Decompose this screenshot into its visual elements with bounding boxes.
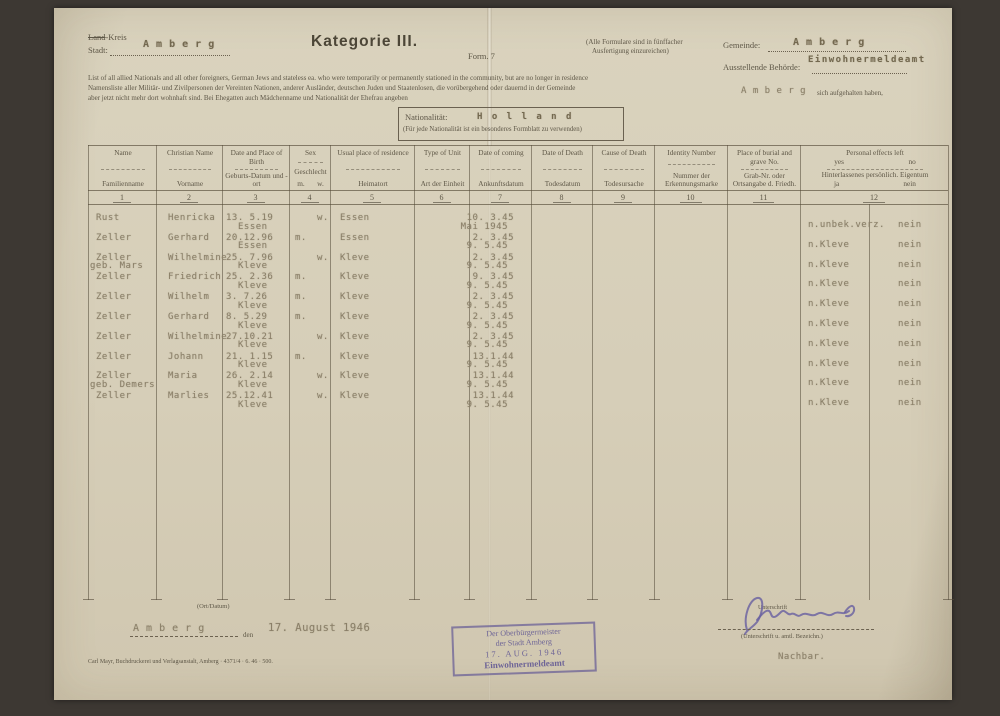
cell-effects: n.Kleve: [808, 279, 849, 289]
copies-notice-line1: (Alle Formulare sind in fünffacher: [586, 38, 683, 46]
cell-residence: Kleve: [340, 371, 370, 381]
cell-birth-place: Essen: [238, 222, 268, 232]
nationality-value: H o l l a n d: [477, 112, 573, 122]
column-header: Identity NumberNummer der Erkennungsmark…: [655, 146, 728, 191]
cell-effects-no: nein: [898, 319, 922, 329]
cell-sex-m: m.: [295, 352, 307, 362]
column-number: 9: [592, 193, 654, 202]
column-header: Date of comingAnkunftsdatum: [470, 146, 532, 191]
cell-residence: Kleve: [340, 391, 370, 401]
column-header-en: Date of Death: [542, 149, 583, 158]
page-title: Kategorie III.: [311, 33, 418, 51]
column-header-en: Cause of Death: [602, 149, 647, 158]
nationality-note: (Für jede Nationalität ist ein besondere…: [403, 126, 582, 133]
table-line-foot: [409, 599, 420, 600]
column-header-en: Date and Place of Birth: [224, 149, 289, 167]
cell-birth-place: Kleve: [238, 380, 268, 390]
column-header-sub-de: m.w.: [291, 180, 330, 189]
footer-date-value: 17. August 1946: [268, 622, 370, 634]
cell-effects-no: nein: [898, 339, 922, 349]
column-header: Type of UnitArt der Einheit: [415, 146, 470, 191]
den-label: den: [243, 631, 253, 639]
column-header-de: Geburts-Datum und -ort: [224, 172, 289, 190]
cell-sex-w: w.: [317, 213, 329, 223]
gemeinde-label: Gemeinde:: [723, 40, 760, 50]
cell-departure-date: 9. 5.45: [452, 360, 508, 370]
cell-effects-no: nein: [898, 299, 922, 309]
cell-surname2: geb. Demers: [90, 380, 155, 390]
cell-surname: Zeller: [96, 272, 132, 282]
cell-effects-no: nein: [898, 359, 922, 369]
cell-birth-place: Kleve: [238, 360, 268, 370]
column-number: 4: [289, 193, 330, 202]
cell-effects: n.Kleve: [808, 260, 849, 270]
cell-departure-date: 9. 5.45: [452, 301, 508, 311]
table-line-foot: [526, 599, 537, 600]
column-header-de: Geschlecht: [294, 168, 326, 177]
header-divider: [604, 169, 644, 170]
cell-surname: Zeller: [96, 391, 132, 401]
cell-effects-no: nein: [898, 240, 922, 250]
behoerde-label: Ausstellende Behörde:: [723, 62, 800, 72]
cell-departure-date: 9. 5.45: [452, 261, 508, 271]
stadt-fill-line: [110, 54, 230, 56]
cell-residence: Kleve: [340, 272, 370, 282]
header-divider: [668, 164, 715, 165]
effects-subcolumn-line: [869, 204, 870, 600]
cell-effects: n.Kleve: [808, 378, 849, 388]
column-header-en: Identity Number: [667, 149, 715, 158]
cell-effects: n.Kleve: [808, 319, 849, 329]
gemeinde-inline-value: A m b e r g: [741, 86, 806, 96]
cell-birth-place: Kleve: [238, 261, 268, 271]
table-line-foot: [722, 599, 733, 600]
column-header: Christian NameVorname: [157, 146, 223, 191]
table-column-line: [289, 145, 290, 600]
form-number: Form. 7: [468, 51, 495, 61]
cell-residence: Kleve: [340, 352, 370, 362]
cell-surname2: geb. Mars: [90, 261, 143, 271]
table-line-foot: [587, 599, 598, 600]
column-header-sub-en: yesno: [802, 158, 948, 167]
cell-birth-place: Kleve: [238, 321, 268, 331]
copies-notice-line2: Ausfertigung einzureichen): [592, 47, 669, 55]
column-header-de: Ankunftsdatum: [478, 180, 523, 189]
column-number: 7: [469, 193, 531, 202]
cell-departure-date: 9. 5.45: [452, 340, 508, 350]
cell-surname: Zeller: [96, 233, 132, 243]
table-line-foot: [83, 599, 94, 600]
cell-effects: n.Kleve: [808, 398, 849, 408]
column-header-de: Grab-Nr. oder Ortsangabe d. Friedh.: [729, 172, 800, 190]
cell-surname: Zeller: [96, 352, 132, 362]
header-divider: [741, 169, 788, 170]
cell-surname: Zeller: [96, 332, 132, 342]
header-divider: [101, 169, 145, 170]
table-column-line: [222, 145, 223, 600]
cell-surname: Zeller: [96, 312, 132, 322]
column-header-de: Art der Einheit: [421, 180, 465, 189]
table-column-line: [727, 145, 728, 600]
footer-place-value: A m b e r g: [133, 623, 205, 634]
column-number: 11: [727, 193, 800, 202]
column-header: Date and Place of BirthGeburts-Datum und…: [223, 146, 290, 191]
column-number: 3: [222, 193, 289, 202]
cell-residence: Essen: [340, 233, 370, 243]
table-column-line: [800, 145, 801, 600]
cell-departure-date: 9. 5.45: [452, 400, 508, 410]
printer-imprint: Carl Mayr, Buchdruckerei und Verlagsanst…: [88, 659, 273, 665]
column-number: 8: [531, 193, 592, 202]
header-divider: [298, 162, 324, 163]
column-header-en: Sex: [305, 149, 316, 158]
table-line-foot: [943, 599, 954, 600]
table-line-foot: [464, 599, 475, 600]
header-divider: [235, 169, 278, 170]
table-line-foot: [217, 599, 228, 600]
cell-effects-no: nein: [898, 260, 922, 270]
cell-given: Wilhelm: [168, 292, 209, 302]
cell-sex-m: m.: [295, 272, 307, 282]
column-header-de: Todesursache: [604, 180, 644, 189]
column-header: Place of burial and grave No.Grab-Nr. od…: [728, 146, 801, 191]
cell-given: Wilhelmine: [168, 332, 227, 342]
signature-label-bottom: (Unterschrift u. amtl. Bezeichn.): [741, 633, 823, 640]
header-divider: [543, 169, 582, 170]
column-header-de: Vorname: [177, 180, 203, 189]
cell-sex-w: w.: [317, 391, 329, 401]
cell-given: Maria: [168, 371, 198, 381]
column-header: Usual place of residenceHeimatort: [331, 146, 415, 191]
table-column-line: [592, 145, 593, 600]
table-column-line: [330, 145, 331, 600]
cell-effects-no: nein: [898, 398, 922, 408]
cell-effects: n.Kleve: [808, 240, 849, 250]
cell-departure-date: 9. 5.45: [452, 281, 508, 291]
column-header-en: Name: [114, 149, 131, 158]
cell-residence: Essen: [340, 213, 370, 223]
cell-surname: Rust: [96, 213, 120, 223]
intro-german-1: Namensliste aller Militär- und Zivilpers…: [88, 84, 575, 92]
cell-given: Friedrich: [168, 272, 221, 282]
table-column-line: [531, 145, 532, 600]
table-column-line: [948, 145, 949, 600]
intro-suffix: sich aufgehalten haben,: [817, 89, 883, 97]
stadt-value: A m b e r g: [143, 39, 215, 50]
header-divider: [346, 169, 400, 170]
column-header-sub-de: janein: [802, 180, 948, 189]
intro-english: List of all allied Nationals and all oth…: [88, 74, 588, 82]
cell-residence: Kleve: [340, 312, 370, 322]
column-number: 10: [654, 193, 727, 202]
cell-sex-m: m.: [295, 312, 307, 322]
cell-birth-place: Kleve: [238, 400, 268, 410]
footer-place-line: [130, 635, 238, 637]
cell-given: Wilhelmine: [168, 253, 227, 263]
gemeinde-fill-line: [768, 50, 906, 52]
cell-given: Gerhard: [168, 233, 209, 243]
stadt-label: Stadt:: [88, 45, 108, 55]
cell-residence: Kleve: [340, 253, 370, 263]
cell-birth-place: Kleve: [238, 301, 268, 311]
header-divider: [169, 169, 211, 170]
column-header-en: Personal effects left: [846, 149, 904, 158]
cell-sex-m: m.: [295, 233, 307, 243]
cell-residence: Kleve: [340, 332, 370, 342]
land-label: Land: [88, 32, 105, 42]
header-divider: [481, 169, 521, 170]
cell-birth-place: Kleve: [238, 281, 268, 291]
scanned-document: Land-Kreis Stadt: A m b e r g Kategorie …: [0, 0, 1000, 716]
cell-departure-date: Mai 1945: [452, 222, 508, 232]
column-header-en: Type of Unit: [424, 149, 461, 158]
ort-datum-label: (Ort/Datum): [197, 603, 230, 610]
column-header-en: Date of coming: [478, 149, 523, 158]
column-header-de: Familienname: [102, 180, 144, 189]
table-rule: [88, 204, 948, 205]
cell-given: Henricka: [168, 213, 215, 223]
cell-sex-w: w.: [317, 371, 329, 381]
cell-given: Marlies: [168, 391, 209, 401]
table-line-foot: [284, 599, 295, 600]
table-line-foot: [325, 599, 336, 600]
cell-effects-no: nein: [898, 279, 922, 289]
official-stamp: Der Oberbürgermeister der Stadt Amberg 1…: [451, 622, 597, 677]
intro-german-2: aber jetzt nicht mehr dort wohnhaft sind…: [88, 94, 408, 102]
cell-effects: n.Kleve: [808, 339, 849, 349]
column-number: 6: [414, 193, 469, 202]
cell-effects-no: nein: [898, 220, 922, 230]
cell-departure-date: 9. 5.45: [452, 241, 508, 251]
cell-given: Johann: [168, 352, 204, 362]
column-header: NameFamilienname: [89, 146, 157, 191]
behoerde-value: Einwohnermeldeamt: [808, 55, 926, 65]
table-column-line: [414, 145, 415, 600]
table-line-foot: [649, 599, 660, 600]
behoerde-fill-line: [812, 72, 907, 74]
column-header-de: Nummer der Erkennungsmarke: [656, 172, 727, 190]
region-label: Land-Kreis: [88, 32, 127, 42]
cell-effects-no: nein: [898, 378, 922, 388]
cell-birth-place: Kleve: [238, 340, 268, 350]
table-column-line: [654, 145, 655, 600]
cell-sex-w: w.: [317, 253, 329, 263]
column-header-de: Heimatort: [358, 180, 388, 189]
table-line-foot: [151, 599, 162, 600]
column-header-en: Usual place of residence: [337, 149, 409, 158]
cell-surname: Zeller: [96, 292, 132, 302]
cell-effects: n.Kleve: [808, 299, 849, 309]
cell-effects: n.unbek.verz.: [808, 220, 885, 230]
column-header: Date of DeathTodesdatum: [532, 146, 593, 191]
column-number: 12: [800, 193, 948, 202]
cell-departure-date: 9. 5.45: [452, 321, 508, 331]
cell-sex-w: w.: [317, 332, 329, 342]
table-column-line: [88, 145, 89, 600]
cell-effects: n.Kleve: [808, 359, 849, 369]
column-header-de: Todesdatum: [545, 180, 581, 189]
table-column-line: [156, 145, 157, 600]
cell-departure-date: 9. 5.45: [452, 380, 508, 390]
column-header-en: Christian Name: [167, 149, 213, 158]
cell-birth-place: Essen: [238, 241, 268, 251]
column-number: 1: [88, 193, 156, 202]
signature-line: [718, 628, 874, 630]
gemeinde-value: A m b e r g: [793, 37, 865, 48]
neighbor-note: Nachbar.: [778, 652, 825, 662]
column-header: Personal effects leftyesnoHinterlassenes…: [801, 146, 949, 191]
header-divider: [425, 169, 460, 170]
cell-residence: Kleve: [340, 292, 370, 302]
kreis-label: -Kreis: [105, 32, 126, 42]
column-number: 5: [330, 193, 414, 202]
column-number: 2: [156, 193, 222, 202]
column-header: Cause of DeathTodesursache: [593, 146, 655, 191]
cell-sex-m: m.: [295, 292, 307, 302]
column-header: SexGeschlechtm.w.: [290, 146, 331, 191]
column-header-en: Place of burial and grave No.: [729, 149, 800, 167]
cell-given: Gerhard: [168, 312, 209, 322]
nationality-label: Nationalität:: [405, 112, 448, 122]
nationality-box: Nationalität: H o l l a n d (Für jede Na…: [398, 107, 624, 141]
